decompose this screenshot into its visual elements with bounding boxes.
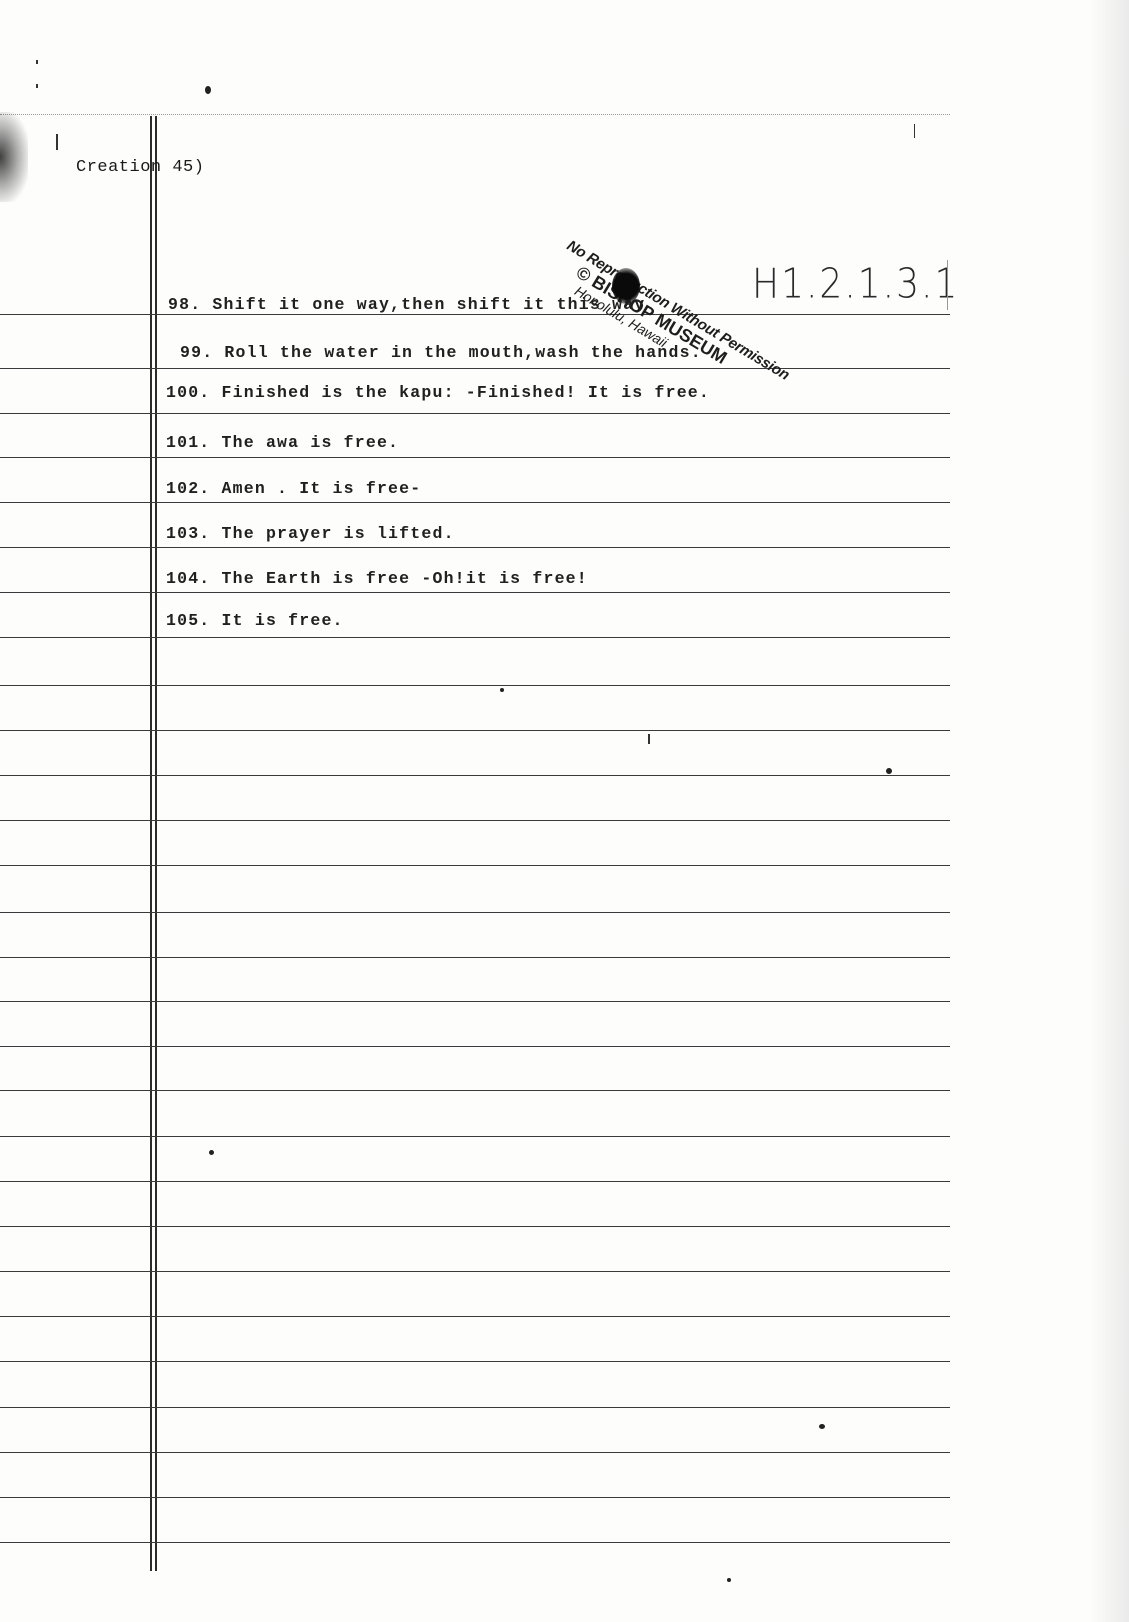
ruled-line (0, 1407, 950, 1408)
speck (205, 86, 211, 94)
page-edge-shadow (1089, 0, 1129, 1622)
ruled-line (0, 457, 950, 458)
text-line: 99. Roll the water in the mouth,wash the… (180, 343, 702, 362)
ruled-line (0, 1497, 950, 1498)
margin-line-right (155, 116, 157, 1571)
ruled-line (0, 502, 950, 503)
ruled-line (0, 1046, 950, 1047)
text-line: 100. Finished is the kapu: -Finished! It… (166, 383, 710, 402)
ruled-line (0, 368, 950, 369)
speck (209, 1150, 214, 1155)
ruled-line (0, 1090, 950, 1091)
ruled-line (0, 592, 950, 593)
scanned-page: Creation 45) No Reproduction Without Per… (0, 0, 1129, 1622)
catalog-number: H1.2.1.3.1 (752, 261, 959, 308)
ruled-line (0, 957, 950, 958)
ruled-line (0, 1452, 950, 1453)
ruled-line (0, 865, 950, 866)
ink-smudge (0, 112, 28, 202)
text-line: 98. Shift it one way,then shift it this … (168, 295, 645, 314)
ruled-line (0, 637, 950, 638)
ruled-line (0, 314, 950, 315)
ruled-line (0, 1271, 950, 1272)
ruled-line (0, 1181, 950, 1182)
ruled-line (0, 1001, 950, 1002)
speck (727, 1578, 731, 1582)
ruled-line (0, 1542, 950, 1543)
page-header: Creation 45) (76, 158, 204, 177)
mark (648, 734, 650, 744)
ruled-line (0, 1226, 950, 1227)
speck (819, 1424, 825, 1429)
ruled-line (0, 685, 950, 686)
text-line: 101. The awa is free. (166, 433, 399, 452)
page-top-edge (0, 114, 950, 115)
ruled-line (0, 1361, 950, 1362)
ruled-line (0, 1316, 950, 1317)
ruled-line (0, 912, 950, 913)
mark (914, 124, 915, 138)
mark (36, 84, 38, 88)
ruled-line (0, 730, 950, 731)
text-line: 102. Amen . It is free- (166, 479, 421, 498)
speck (886, 768, 892, 774)
margin-line-left (150, 116, 152, 1571)
mark (36, 60, 38, 64)
text-line: 104. The Earth is free -Oh!it is free! (166, 569, 588, 588)
mark (56, 134, 58, 150)
ruled-line (0, 547, 950, 548)
text-line: 103. The prayer is lifted. (166, 524, 455, 543)
speck (500, 688, 504, 692)
ruled-line (0, 1136, 950, 1137)
ruled-line (0, 775, 950, 776)
mark (947, 260, 948, 310)
text-line: 105. It is free. (166, 611, 344, 630)
ruled-line (0, 820, 950, 821)
ruled-line (0, 413, 950, 414)
